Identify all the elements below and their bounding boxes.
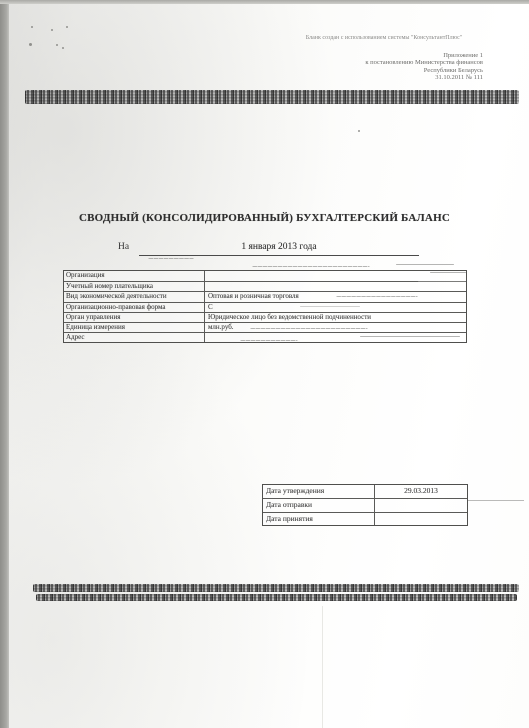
info-label: Единица измерения — [64, 323, 205, 332]
smudge-mark — [148, 258, 194, 259]
appendix-line-2: к постановлению Министерства финансов — [365, 59, 483, 66]
scanner-edge-left — [0, 0, 9, 728]
appendix-line-1: Приложение 1 — [365, 52, 483, 59]
appendix-line-4: 31.10.2011 № 111 — [365, 74, 483, 81]
smudge-mark — [240, 340, 298, 341]
date-label: Дата утверждения — [263, 485, 375, 498]
pencil-speck — [29, 43, 32, 46]
date-value — [375, 499, 467, 511]
date-row-approved: Дата утверждения 29.03.2013 — [263, 485, 467, 498]
smudge-mark — [360, 336, 460, 337]
info-value — [205, 282, 466, 291]
pencil-speck — [56, 44, 58, 46]
info-label: Адрес — [64, 333, 205, 342]
smudge-mark — [396, 264, 454, 265]
smudge-mark — [418, 281, 466, 282]
pencil-speck — [51, 29, 53, 31]
info-label: Организация — [64, 271, 205, 281]
dates-table: Дата утверждения 29.03.2013 Дата отправк… — [262, 484, 468, 526]
date-prefix-label: На — [118, 242, 129, 252]
paper-fold-line — [322, 606, 323, 728]
redaction-band-bottom-2 — [36, 594, 517, 601]
pencil-speck — [31, 26, 33, 28]
info-value: Юридическое лицо без ведомственной подчи… — [205, 313, 466, 322]
date-row-sent: Дата отправки — [263, 498, 467, 511]
document-title: СВОДНЫЙ (КОНСОЛИДИРОВАННЫЙ) БУХГАЛТЕРСКИ… — [0, 212, 529, 224]
form-generator-note: Бланк создан с использованием системы "К… — [284, 35, 484, 42]
smudge-mark — [300, 306, 360, 307]
pencil-speck — [62, 47, 64, 49]
appendix-reference-block: Приложение 1 к постановлению Министерств… — [365, 52, 483, 82]
redaction-band-bottom-1 — [33, 584, 519, 592]
stray-scan-line — [468, 500, 524, 501]
date-value — [375, 513, 467, 525]
report-date: 1 января 2013 года — [139, 242, 419, 252]
redaction-band-top — [25, 90, 519, 104]
smudge-mark — [336, 296, 418, 297]
info-label: Учетный номер плательщика — [64, 282, 205, 291]
info-label: Вид экономической деятельности — [64, 292, 205, 301]
info-value — [205, 271, 466, 281]
pencil-speck — [66, 26, 68, 28]
smudge-mark — [430, 272, 466, 273]
info-row-taxpayer-number: Учетный номер плательщика — [64, 281, 466, 291]
info-label: Организационно-правовая форма — [64, 303, 205, 312]
smudge-mark — [252, 266, 370, 267]
info-label: Орган управления — [64, 313, 205, 322]
scanner-edge-top — [0, 0, 529, 4]
date-row-accepted: Дата принятия — [263, 512, 467, 525]
info-value: С — [205, 303, 466, 312]
appendix-line-3: Республики Беларусь — [365, 67, 483, 74]
date-value: 29.03.2013 — [375, 485, 467, 498]
organization-info-table: Организация Учетный номер плательщика Ви… — [63, 270, 467, 343]
info-row-organization: Организация — [64, 271, 466, 281]
scanned-balance-sheet-page: Бланк создан с использованием системы "К… — [0, 0, 529, 728]
date-label: Дата принятия — [263, 513, 375, 525]
info-row-management-body: Орган управления Юридическое лицо без ве… — [64, 312, 466, 322]
pencil-speck — [358, 130, 360, 132]
date-underline — [139, 255, 419, 256]
date-label: Дата отправки — [263, 499, 375, 511]
smudge-mark — [250, 328, 368, 329]
info-row-legal-form: Организационно-правовая форма С — [64, 302, 466, 312]
